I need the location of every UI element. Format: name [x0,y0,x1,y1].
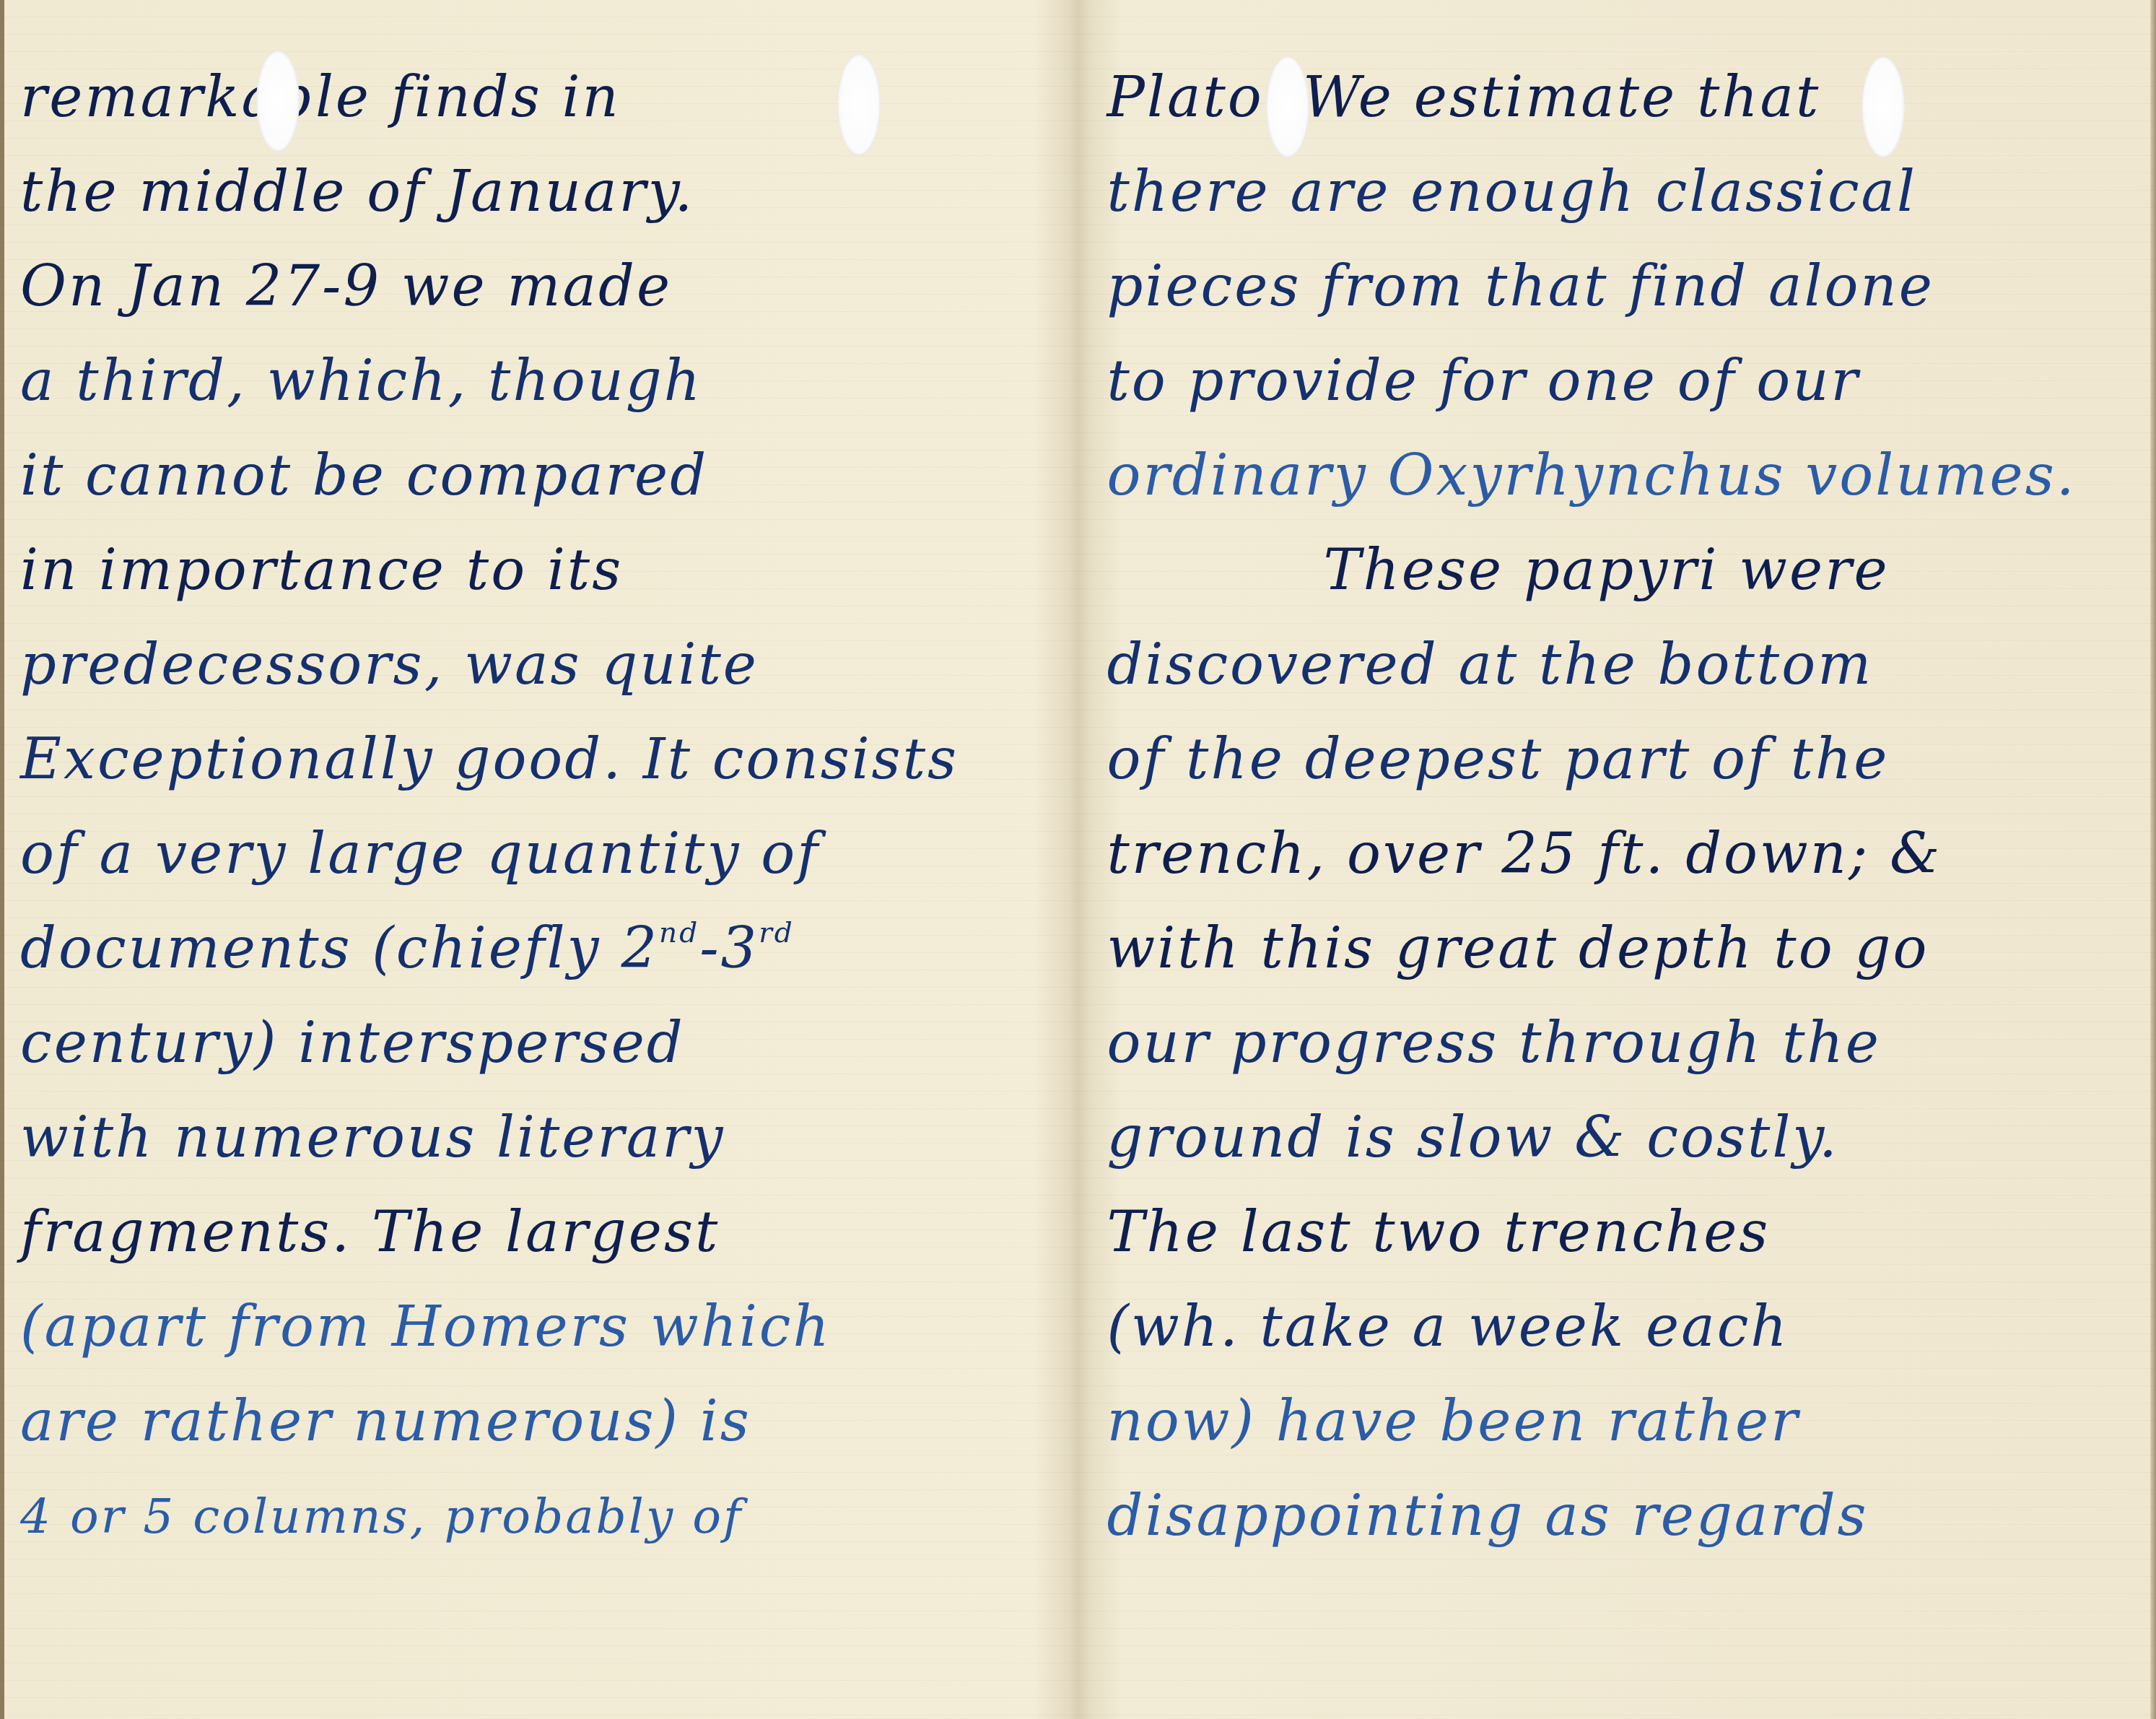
text-line: the middle of January. [20,145,1049,240]
text-line: of the deepest part of the [1107,713,2128,807]
punch-hole-icon [1266,56,1309,157]
text-line: it cannot be compared [20,429,1049,523]
text-line: 4 or 5 columns, probably of [20,1469,1049,1564]
text-line: pieces from that find alone [1107,240,2128,334]
text-line: now) have been rather [1107,1375,2128,1469]
text-line: (apart from Homers which [20,1280,1049,1375]
right-page: Plato. We estimate that there are enough… [1078,0,2156,1719]
text-line: trench, over 25 ft. down; & [1107,807,2128,902]
text-line: with this great depth to go [1107,902,2128,996]
text-line: These papyri were [1107,523,2128,618]
text-line: discovered at the bottom [1107,618,2128,713]
text-line-with-superscripts: documents (chiefly 2nd-3rd [20,902,1049,996]
text-line: On Jan 27-9 we made [20,240,1049,334]
text-line: our progress through the [1107,996,2128,1091]
text-line: there are enough classical [1107,145,2128,240]
text-line: of a very large quantity of [20,807,1049,902]
punch-hole-icon [256,51,300,152]
text-line: (wh. take a week each [1107,1280,2128,1375]
text-line: ordinary Oxyrhynchus volumes. [1107,429,2128,523]
text-line: ground is slow & costly. [1107,1091,2128,1185]
letter-spread: remarkable finds in the middle of Januar… [0,0,2156,1719]
text-line: remarkable finds in [20,51,1049,145]
text-line: are rather numerous) is [20,1375,1049,1469]
text-line: a third, which, though [20,334,1049,429]
text-line: fragments. The largest [20,1185,1049,1280]
text-line: Exceptionally good. It consists [20,713,1049,807]
text-line: with numerous literary [20,1091,1049,1185]
superscript: nd [659,917,699,949]
text-segment: documents (chiefly 2 [20,916,659,981]
left-page: remarkable finds in the middle of Januar… [0,0,1078,1719]
text-line: century) interspersed [20,996,1049,1091]
text-line: The last two trenches [1107,1185,2128,1280]
text-segment: -3 [699,916,759,981]
punch-hole-icon [837,54,881,155]
superscript: rd [759,917,795,949]
punch-hole-icon [1862,56,1905,157]
text-line: disappointing as regards [1107,1469,2128,1564]
text-line: to provide for one of our [1107,334,2128,429]
text-line: in importance to its [20,523,1049,618]
text-line: predecessors, was quite [20,618,1049,713]
text-line: Plato. We estimate that [1107,51,2128,145]
